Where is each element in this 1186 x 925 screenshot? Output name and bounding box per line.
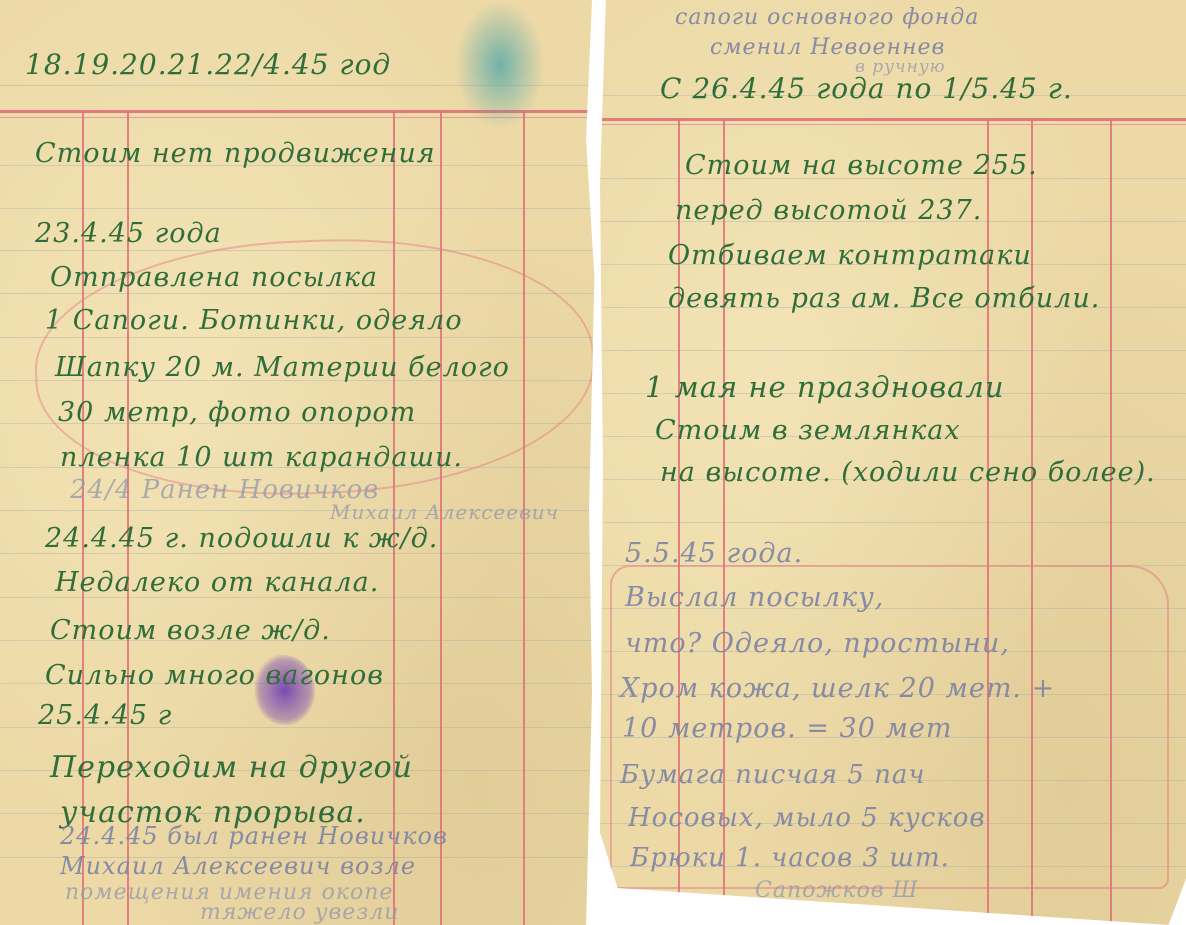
pencil-entry-line: Носовых, мыло 5 кусков (628, 803, 986, 833)
pencil-entry-line: Хром кожа, шелк 20 мет. + (620, 673, 1055, 704)
pencil-entry-line: Выслал посылку, (625, 582, 884, 613)
diary-line: перед высотой 237. (675, 195, 982, 226)
diary-line: Стоим в землянках (655, 415, 961, 446)
red-header-rule (600, 118, 1186, 121)
diary-line: Недалеко от канала. (55, 567, 379, 598)
pencil-entry-line: Бумага писчая 5 пач (620, 760, 926, 790)
right-header-date: С 26.4.45 года по 1/5.45 г. (660, 72, 1073, 105)
diary-line: Отбиваем контратаки (668, 240, 1032, 271)
diary-line: пленка 10 шт карандаши. (60, 442, 463, 473)
pencil-entry-line: 10 метров. = 30 мет (622, 713, 952, 744)
pencil-entry-date: 5.5.45 года. (625, 538, 803, 569)
red-header-rule-thin (600, 124, 1186, 125)
diary-line: девять раз ам. Все отбили. (668, 283, 1100, 314)
diary-date-line: 24.4.45 г. подошли к ж/д. (45, 523, 438, 554)
diary-line: Сильно много вагонов (45, 660, 384, 691)
blue-ink-stain (455, 0, 545, 130)
pencil-note: Михаил Алексеевич (330, 500, 559, 524)
diary-date: 23.4.45 года (35, 218, 222, 249)
pencil-note: Михаил Алексеевич возле (60, 852, 416, 880)
diary-line: 1 мая не праздновали (645, 370, 1005, 404)
diary-line: Отправлена посылка (50, 262, 378, 293)
pencil-signature: Сапожков Ш (755, 878, 919, 903)
diary-line: Переходим на другой (50, 750, 413, 785)
left-header-date: 18.19.20.21.22/4.45 год (25, 48, 391, 81)
pencil-note: 24.4.45 был ранен Новичков (60, 822, 448, 850)
left-diary-page: 18.19.20.21.22/4.45 год Стоим нет продви… (0, 0, 598, 925)
diary-line: на высоте. (ходили сено более). (660, 457, 1156, 488)
diary-line: Стоим нет продвижения (35, 138, 436, 169)
diary-date: 25.4.45 г (38, 700, 172, 731)
pencil-entry-line: Брюки 1. часов 3 шт. (630, 843, 950, 873)
diary-line: 1 Сапоги. Ботинки, одеяло (45, 305, 463, 336)
diary-line: 30 метр, фото опорот (58, 397, 416, 428)
right-diary-page: сапоги основного фонда сменил Невоеннев … (600, 0, 1186, 925)
pencil-entry-line: что? Одеяло, простыни, (625, 628, 1010, 659)
diary-line: Стоим на высоте 255. (685, 150, 1038, 181)
diary-line: Шапку 20 м. Материи белого (55, 352, 510, 383)
pencil-top-note: сапоги основного фонда (675, 5, 979, 30)
pencil-note: тяжело увезли (200, 900, 399, 925)
diary-line: Стоим возле ж/д. (50, 615, 331, 646)
